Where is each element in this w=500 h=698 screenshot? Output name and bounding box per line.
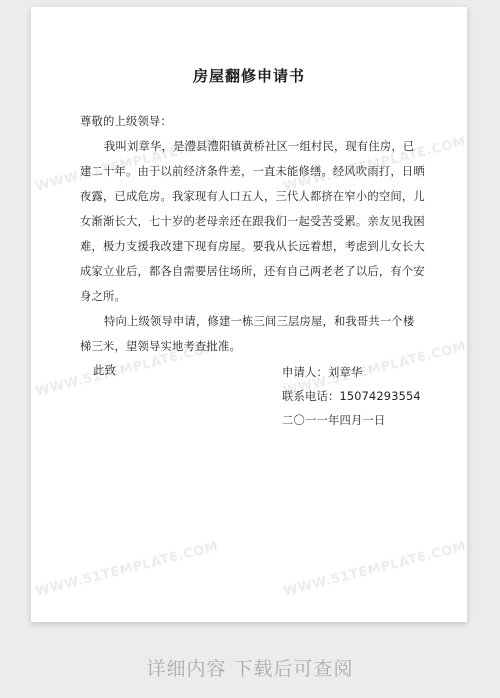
salutation: 尊敬的上级领导：	[80, 113, 172, 129]
watermark: WWW.51TEMPLATE.COM	[34, 540, 220, 600]
document-page: WWW.51TEMPLATE.COM WWW.51TEMPLATE.COM WW…	[31, 7, 467, 622]
body-line: 夜露，已成危房。我家现有人口五人，三代人都挤在窄小的空间，儿	[80, 188, 425, 204]
signature-date: 二〇一一年四月一日	[282, 412, 385, 428]
body-line: 特向上级领导申请，修建一栋三间三层房屋，和我哥共一个楼	[104, 313, 414, 329]
signature-applicant: 申请人：刘章华	[282, 364, 362, 380]
closing: 此致	[93, 362, 116, 378]
watermark: WWW.51TEMPLATE.COM	[282, 540, 467, 600]
body-line: 身之所。	[80, 288, 126, 304]
download-prompt: 详细内容 下载后可查阅	[0, 654, 500, 681]
signature-phone: 联系电话：15074293554	[282, 388, 421, 404]
body-line: 我叫刘章华，是澧县澧阳镇黄桥社区一组村民，现有住房，已	[104, 138, 414, 154]
body-line: 难，极力支援我改建下现有房屋。要我从长远着想，考虑到儿女长大	[80, 238, 425, 254]
body-line: 建二十年。由于以前经济条件差，一直未能修缮。经风吹雨打，日晒	[80, 163, 425, 179]
body-line: 梯三米，望领导实地考查批准。	[80, 338, 241, 354]
body-line: 成家立业后，都各自需要居住场所，还有自己两老老了以后，有个安	[80, 263, 425, 279]
body-line: 女渐渐长大，七十岁的老母亲还在跟我们一起受苦受累。亲友见我困	[80, 213, 425, 229]
document-title: 房屋翻修申请书	[31, 65, 467, 86]
